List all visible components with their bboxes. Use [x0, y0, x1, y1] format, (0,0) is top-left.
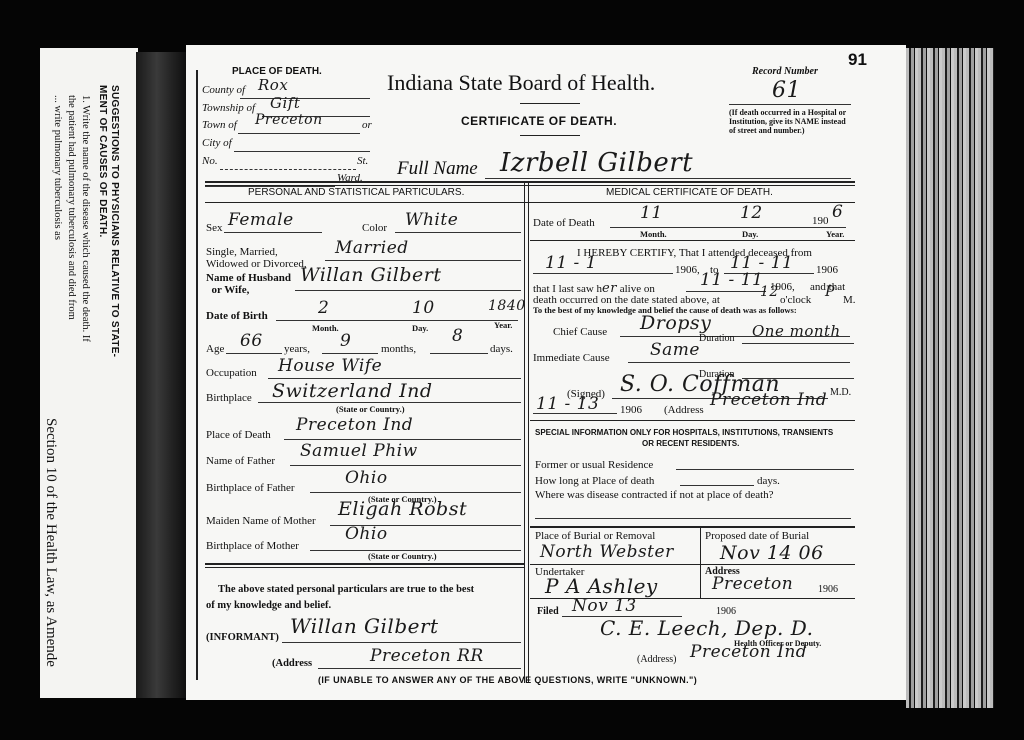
informant-label: (INFORMANT) [206, 632, 279, 643]
undertaker-year: 1906 [818, 584, 838, 595]
burial-place-value: North Webster [540, 542, 674, 562]
unknown-note: (IF UNABLE TO ANSWER ANY OF THE ABOVE QU… [318, 675, 697, 685]
spouse-line [295, 290, 521, 291]
undertaker-value: P A Ashley [545, 574, 658, 598]
health-officer-signature: C. E. Leech, Dep. D. [600, 616, 813, 640]
certificate-title: CERTIFICATE OF DEATH. [461, 114, 617, 128]
suggestions-line3: ... write pulmonary tuberculosis as [52, 95, 63, 240]
color-label: Color [362, 222, 387, 234]
suggestions-title-line2: MENT OF CAUSES OF DEATH. [97, 85, 108, 238]
how-long-days: days. [757, 475, 780, 487]
age-years: 66 [240, 331, 263, 351]
dob-day: 10 [412, 298, 435, 318]
full-name-value: Izrbell Gilbert [500, 148, 693, 178]
residence-line [676, 469, 854, 470]
page-edges [906, 48, 994, 708]
header-rule-1 [205, 181, 855, 183]
dod-year-caption: Year. [826, 229, 844, 239]
age-days: 8 [452, 326, 463, 346]
officer-address-value: Preceton Ind [690, 642, 807, 662]
m-label: M. [843, 294, 856, 306]
age-days-line [430, 353, 488, 354]
page-number: 91 [848, 50, 867, 70]
age-years-line [226, 353, 282, 354]
how-long-label: How long at Place of death [535, 475, 654, 487]
age-months: 9 [340, 331, 351, 351]
dod-month: 11 [640, 203, 663, 223]
city-label: City of [202, 137, 232, 149]
marital-line [325, 260, 521, 261]
burial-date-label: Proposed date of Burial [705, 530, 809, 542]
attended-from-line [533, 273, 673, 274]
hospital-note: (If death occurred in a Hospital or Inst… [729, 108, 853, 135]
binding-shadow [136, 52, 188, 698]
father-birthplace-value: Ohio [345, 468, 388, 488]
informant-address-label: (Address [272, 658, 312, 669]
medical-heading: MEDICAL CERTIFICATE OF DEATH. [606, 187, 773, 198]
chief-cause-value: Dropsy [640, 312, 711, 334]
father-line [290, 465, 521, 466]
town-value: Preceton [255, 112, 323, 128]
burial-date-value: Nov 14 06 [720, 542, 824, 564]
contracted-label: Where was disease contracted if not at p… [535, 489, 774, 501]
record-number-label: Record Number [752, 66, 818, 77]
town-line [238, 133, 360, 134]
column-divider-2 [528, 183, 529, 683]
city-line [234, 151, 370, 152]
birthplace-label: Birthplace [206, 392, 252, 404]
full-name-line [485, 178, 851, 179]
alive-on-line [686, 291, 766, 292]
county-line [240, 98, 370, 99]
age-months-line [322, 353, 378, 354]
record-number-line [729, 104, 851, 105]
personal-heading: PERSONAL AND STATISTICAL PARTICULARS. [248, 187, 464, 198]
title-rule [520, 103, 580, 104]
mother-value: Eligah Robst [338, 498, 467, 520]
birthplace-line [258, 402, 521, 403]
dod-year-prefix: 190 [812, 215, 829, 227]
informant-statement-2: of my knowledge and belief. [206, 600, 331, 611]
medical-bottom-rule [530, 420, 855, 421]
marital-label-line1: Single, Married, [206, 246, 278, 258]
dob-day-caption: Day. [412, 323, 428, 333]
informant-address: Preceton RR [370, 646, 484, 666]
occupation-value: House Wife [278, 356, 382, 376]
immediate-cause-label: Immediate Cause [533, 352, 610, 364]
place-of-death-label: Place of Death [206, 429, 271, 441]
street-line [220, 169, 356, 170]
spouse-label-line2: or Wife, [212, 284, 250, 296]
father-birthplace-label: Birthplace of Father [206, 482, 295, 494]
street-label: St. [357, 155, 368, 167]
county-value: Rox [258, 76, 288, 94]
filed-value: Nov 13 [572, 596, 637, 616]
dob-year: 1840 [488, 298, 526, 314]
suggestions-title: SUGGESTIONS TO PHYSICIANS RELATIVE TO ST… [96, 85, 120, 357]
town-label: Town of [202, 119, 237, 131]
chief-duration-label: Duration [699, 333, 735, 344]
town-or-label: or [362, 119, 372, 131]
chief-duration-value: One month [752, 322, 841, 340]
suggestions-line2: the patient had pulmonary tuberculosis a… [66, 95, 77, 320]
dob-month: 2 [318, 298, 329, 318]
md-label: M.D. [830, 387, 851, 398]
dod-day-caption: Day. [742, 229, 758, 239]
dob-year-caption: Year. [494, 320, 512, 330]
how-long-line [680, 485, 754, 486]
suggestions-line1: 1. Write the name of the disease which c… [80, 95, 91, 342]
dod-day: 12 [740, 203, 763, 223]
dob-month-caption: Month. [312, 323, 339, 333]
age-label: Age [206, 343, 224, 355]
alive-on-value: 11 - 11 [700, 270, 763, 290]
physician-address: Preceton Ind [710, 390, 827, 410]
mother-birthplace-caption: (State or Country.) [368, 551, 437, 561]
burial-mid-rule [530, 564, 855, 565]
dod-line [610, 227, 846, 228]
undertaker-address-value: Preceton [712, 574, 793, 594]
full-name-label: Full Name [397, 158, 478, 180]
dob-label: Date of Birth [206, 310, 268, 322]
burial-place-label: Place of Burial or Removal [535, 530, 655, 542]
record-number-value: 61 [772, 78, 801, 103]
spouse-label: Name of Husband or Wife, [206, 272, 291, 296]
signed-date: 11 - 13 [536, 394, 599, 414]
birthplace-caption: (State or Country.) [336, 404, 405, 414]
father-birthplace-line [310, 492, 521, 493]
township-label: Township of [202, 102, 255, 114]
mother-birthplace-label: Birthplace of Mother [206, 540, 299, 552]
personal-bottom-rule-2 [205, 567, 525, 568]
township-value: Gift [270, 94, 300, 112]
attended-from: 11 - 1 [545, 253, 597, 273]
immediate-cause-line [628, 362, 850, 363]
county-label: County of [202, 84, 245, 96]
chief-duration-line [742, 343, 854, 344]
place-of-death-line [284, 439, 521, 440]
special-heading-1: SPECIAL INFORMATION ONLY FOR HOSPITALS, … [535, 428, 833, 437]
special-heading-2: OR RECENT RESIDENTS. [642, 439, 739, 448]
dod-year-suffix: 6 [832, 202, 843, 222]
residence-label: Former or usual Residence [535, 459, 653, 471]
informant-address-line [318, 668, 521, 669]
sex-value: Female [228, 210, 294, 230]
informant-name: Willan Gilbert [290, 614, 439, 638]
months-label: months, [381, 343, 416, 355]
marital-value: Married [335, 238, 409, 258]
burial-divider [700, 528, 701, 598]
attended-to-year: 1906 [816, 264, 838, 276]
officer-address-label: (Address) [637, 654, 676, 665]
spouse-value: Willan Gilbert [300, 264, 441, 286]
dod-label: Date of Death [533, 217, 595, 229]
personal-bottom-rule [205, 563, 525, 565]
spouse-label-line1: Name of Husband [206, 272, 291, 284]
contracted-line [535, 518, 851, 519]
suggestions-title-line1: SUGGESTIONS TO PHYSICIANS RELATIVE TO ST… [109, 85, 120, 357]
dod-month-caption: Month. [640, 229, 667, 239]
header-rule-2 [205, 185, 855, 186]
sex-line [224, 232, 322, 233]
occupation-label: Occupation [206, 367, 257, 379]
immediate-cause-value: Same [650, 340, 700, 360]
attended-from-year: 1906, [675, 264, 700, 276]
death-ampm: P [825, 284, 835, 300]
dod-rule [530, 240, 855, 241]
column-divider [524, 183, 525, 683]
death-hour: 12 [760, 284, 779, 300]
suggestions-body: 1. Write the name of the disease which c… [50, 95, 92, 342]
marital-label: Single, Married,Widowed or Divorced, [206, 246, 307, 270]
marital-label-line2: Widowed or Divorced, [206, 258, 307, 270]
physician-address-label: (Address [664, 404, 704, 416]
days-label: days. [490, 343, 513, 355]
chief-cause-label: Chief Cause [553, 326, 607, 338]
dob-line [276, 320, 518, 321]
informant-line [282, 642, 521, 643]
cert-rule [520, 135, 580, 136]
color-value: White [405, 210, 458, 230]
father-value: Samuel Phiw [300, 441, 418, 461]
father-label: Name of Father [206, 455, 275, 467]
mother-birthplace-value: Ohio [345, 524, 388, 544]
birthplace-value: Switzerland Ind [272, 380, 433, 402]
color-line [395, 232, 521, 233]
board-title: Indiana State Board of Health. [387, 70, 655, 96]
filed-label: Filed [537, 606, 559, 617]
years-label: years, [284, 343, 310, 355]
sex-label: Sex [206, 222, 223, 234]
occupation-line [268, 378, 521, 379]
burial-top-rule [530, 526, 855, 528]
mother-label: Maiden Name of Mother [206, 515, 316, 527]
signed-year: 1906 [620, 404, 642, 416]
number-label: No. [202, 155, 218, 167]
informant-statement-1: The above stated personal particulars ar… [218, 584, 474, 595]
section-10-label: Section 10 of the Health Law, as Amende [42, 418, 59, 667]
place-of-death-value: Preceton Ind [296, 415, 413, 435]
